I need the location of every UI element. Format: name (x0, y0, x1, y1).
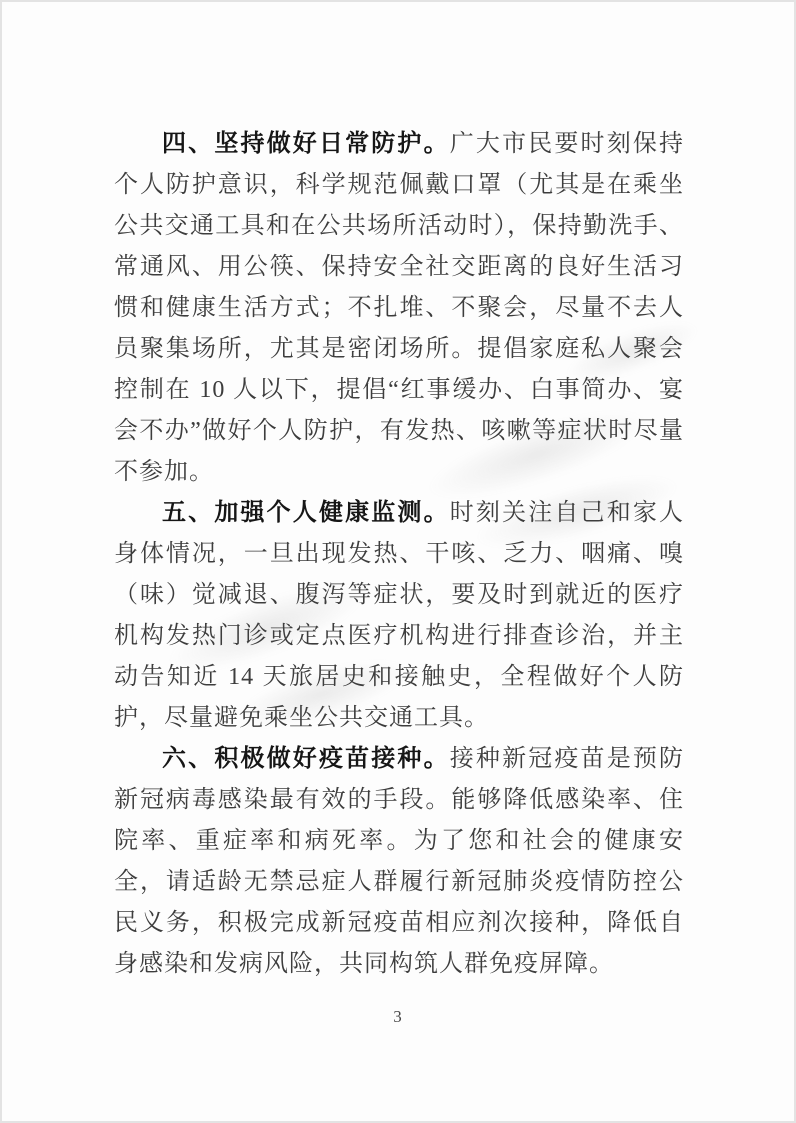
section-text-4: 广大市民要时刻保持个人防护意识，科学规范佩戴口罩（尤其是在乘坐公共交通工具和在公… (114, 131, 684, 485)
paragraph-section-5: 五、加强个人健康监测。时刻关注自己和家人身体情况，一旦出现发热、干咳、乏力、咽痛… (114, 493, 684, 739)
section-text-6: 接种新冠疫苗是预防新冠病毒感染最有效的手段。能够降低感染率、住院率、重症率和病死… (114, 746, 684, 977)
paragraph-section-4: 四、坚持做好日常防护。广大市民要时刻保持个人防护意识，科学规范佩戴口罩（尤其是在… (114, 124, 684, 493)
paragraph-section-6: 六、积极做好疫苗接种。接种新冠疫苗是预防新冠病毒感染最有效的手段。能够降低感染率… (114, 739, 684, 985)
section-text-5: 时刻关注自己和家人身体情况，一旦出现发热、干咳、乏力、咽痛、嗅（味）觉减退、腹泻… (114, 500, 684, 731)
document-body: 四、坚持做好日常防护。广大市民要时刻保持个人防护意识，科学规范佩戴口罩（尤其是在… (114, 124, 684, 985)
section-heading-4: 四、坚持做好日常防护。 (162, 131, 450, 157)
section-heading-5: 五、加强个人健康监测。 (162, 500, 450, 526)
section-heading-6: 六、积极做好疫苗接种。 (162, 746, 450, 772)
document-page: 四、坚持做好日常防护。广大市民要时刻保持个人防护意识，科学规范佩戴口罩（尤其是在… (0, 0, 796, 1123)
page-number: 3 (2, 1007, 794, 1027)
